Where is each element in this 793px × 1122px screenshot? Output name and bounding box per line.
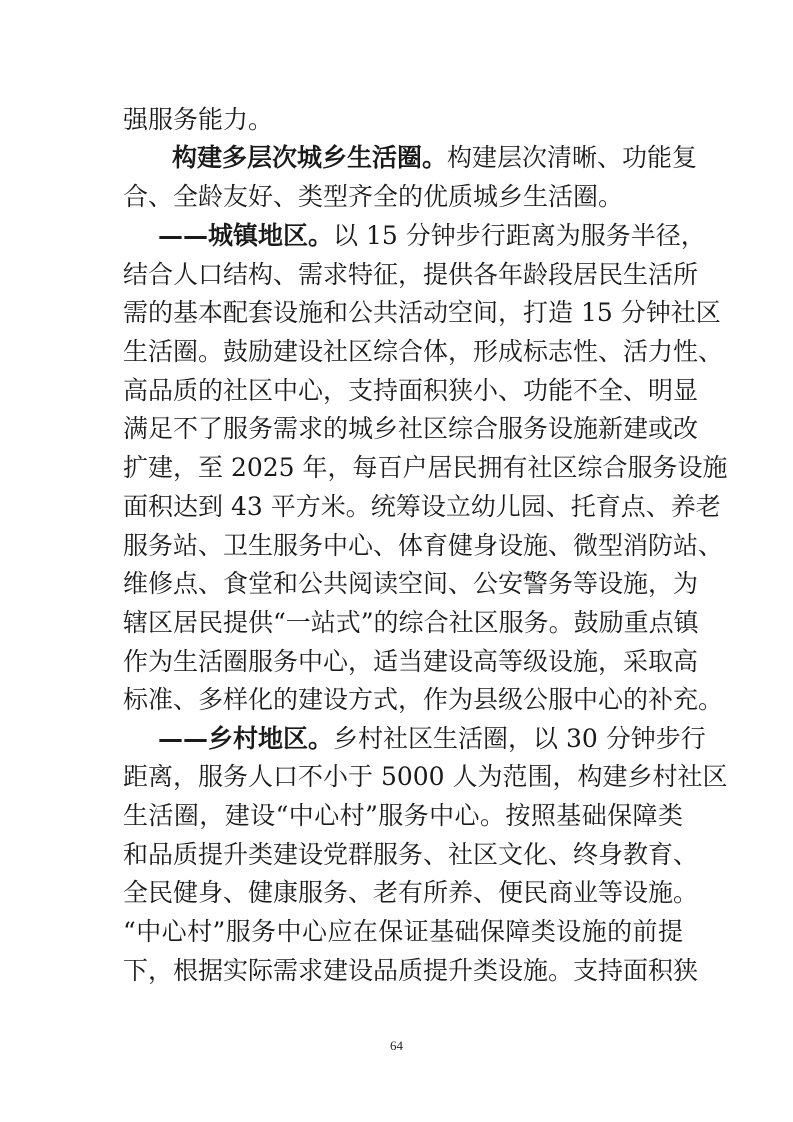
page-number: 64 xyxy=(0,1038,793,1054)
bold-heading: 乡村地区。 xyxy=(208,724,333,753)
line-text: 高品质的社区中心，支持面积狭小、功能不全、明显 xyxy=(123,376,698,405)
text-line: ——城镇地区。以 15 分钟步行距离为服务半径， xyxy=(158,221,683,251)
line-text: 作为生活圈服务中心，适当建设高等级设施，采取高 xyxy=(123,647,698,676)
line-text: 扩建，至 2025 年，每百户居民拥有社区综合服务设施 xyxy=(123,453,728,482)
line-text: “中心村”服务中心应在保证基础保障类设施的前提 xyxy=(123,917,683,946)
text-line: ——乡村地区。乡村社区生活圈，以 30 分钟步行 xyxy=(158,724,683,754)
text-line: 合、全龄友好、类型齐全的优质城乡生活圈。 xyxy=(123,182,683,212)
line-text: 构建层次清晰、功能复 xyxy=(447,143,697,172)
line-text: 标准、多样化的建设方式，作为县级公服中心的补充。 xyxy=(123,685,723,714)
line-text: 维修点、食堂和公共阅读空间、公安警务等设施，为 xyxy=(123,569,698,598)
text-line: 生活圈。鼓励建设社区综合体，形成标志性、活力性、 xyxy=(123,337,683,367)
text-line: 辖区居民提供“一站式”的综合社区服务。鼓励重点镇 xyxy=(123,608,683,638)
line-text: 下，根据实际需求建设品质提升类设施。支持面积狭 xyxy=(123,956,698,985)
text-line: 面积达到 43 平方米。统筹设立幼儿园、托育点、养老 xyxy=(123,492,683,522)
line-text: 和品质提升类建设党群服务、社区文化、终身教育、 xyxy=(123,840,698,869)
line-text: 强服务能力。 xyxy=(123,105,273,134)
line-text: 全民健身、健康服务、老有所养、便民商业等设施。 xyxy=(123,878,698,907)
text-line: 满足不了服务需求的城乡社区综合服务设施新建或改 xyxy=(123,414,683,444)
line-text: 距离，服务人口不小于 5000 人为范围，构建乡村社区 xyxy=(123,762,728,791)
bold-heading: 城镇地区。 xyxy=(208,221,333,250)
text-line: 维修点、食堂和公共阅读空间、公安警务等设施，为 xyxy=(123,569,683,599)
text-line: 服务站、卫生服务中心、体育健身设施、微型消防站、 xyxy=(123,531,683,561)
line-text: 需的基本配套设施和公共活动空间，打造 15 分钟社区 xyxy=(123,298,721,327)
text-line: 结合人口结构、需求特征，提供各年龄段居民生活所 xyxy=(123,260,683,290)
text-line: 和品质提升类建设党群服务、社区文化、终身教育、 xyxy=(123,840,683,870)
line-text: 结合人口结构、需求特征，提供各年龄段居民生活所 xyxy=(123,260,698,289)
document-page: 强服务能力。构建多层次城乡生活圈。构建层次清晰、功能复合、全龄友好、类型齐全的优… xyxy=(0,0,793,1122)
text-line: 构建多层次城乡生活圈。构建层次清晰、功能复 xyxy=(172,143,683,173)
line-text: 生活圈，建设“中心村”服务中心。按照基础保障类 xyxy=(123,801,683,830)
line-text: 辖区居民提供“一站式”的综合社区服务。鼓励重点镇 xyxy=(123,608,699,637)
line-text: 合、全龄友好、类型齐全的优质城乡生活圈。 xyxy=(123,182,623,211)
text-line: 需的基本配套设施和公共活动空间，打造 15 分钟社区 xyxy=(123,298,683,328)
line-text: 生活圈。鼓励建设社区综合体，形成标志性、活力性、 xyxy=(123,337,723,366)
line-text: 面积达到 43 平方米。统筹设立幼儿园、托育点、养老 xyxy=(123,492,721,521)
text-line: 全民健身、健康服务、老有所养、便民商业等设施。 xyxy=(123,878,683,908)
text-line: 作为生活圈服务中心，适当建设高等级设施，采取高 xyxy=(123,647,683,677)
text-line: 强服务能力。 xyxy=(123,105,683,135)
em-dash: —— xyxy=(158,724,208,753)
line-text: 以 15 分钟步行距离为服务半径， xyxy=(333,221,706,250)
text-line: 生活圈，建设“中心村”服务中心。按照基础保障类 xyxy=(123,801,683,831)
bold-heading: 构建多层次城乡生活圈。 xyxy=(172,143,447,172)
em-dash: —— xyxy=(158,221,208,250)
text-line: “中心村”服务中心应在保证基础保障类设施的前提 xyxy=(123,917,683,947)
line-text: 服务站、卫生服务中心、体育健身设施、微型消防站、 xyxy=(123,531,723,560)
line-text: 乡村社区生活圈，以 30 分钟步行 xyxy=(333,724,706,753)
line-text: 满足不了服务需求的城乡社区综合服务设施新建或改 xyxy=(123,414,698,443)
text-line: 标准、多样化的建设方式，作为县级公服中心的补充。 xyxy=(123,685,683,715)
text-line: 扩建，至 2025 年，每百户居民拥有社区综合服务设施 xyxy=(123,453,683,483)
text-line: 距离，服务人口不小于 5000 人为范围，构建乡村社区 xyxy=(123,762,683,792)
text-line: 下，根据实际需求建设品质提升类设施。支持面积狭 xyxy=(123,956,683,986)
text-line: 高品质的社区中心，支持面积狭小、功能不全、明显 xyxy=(123,376,683,406)
